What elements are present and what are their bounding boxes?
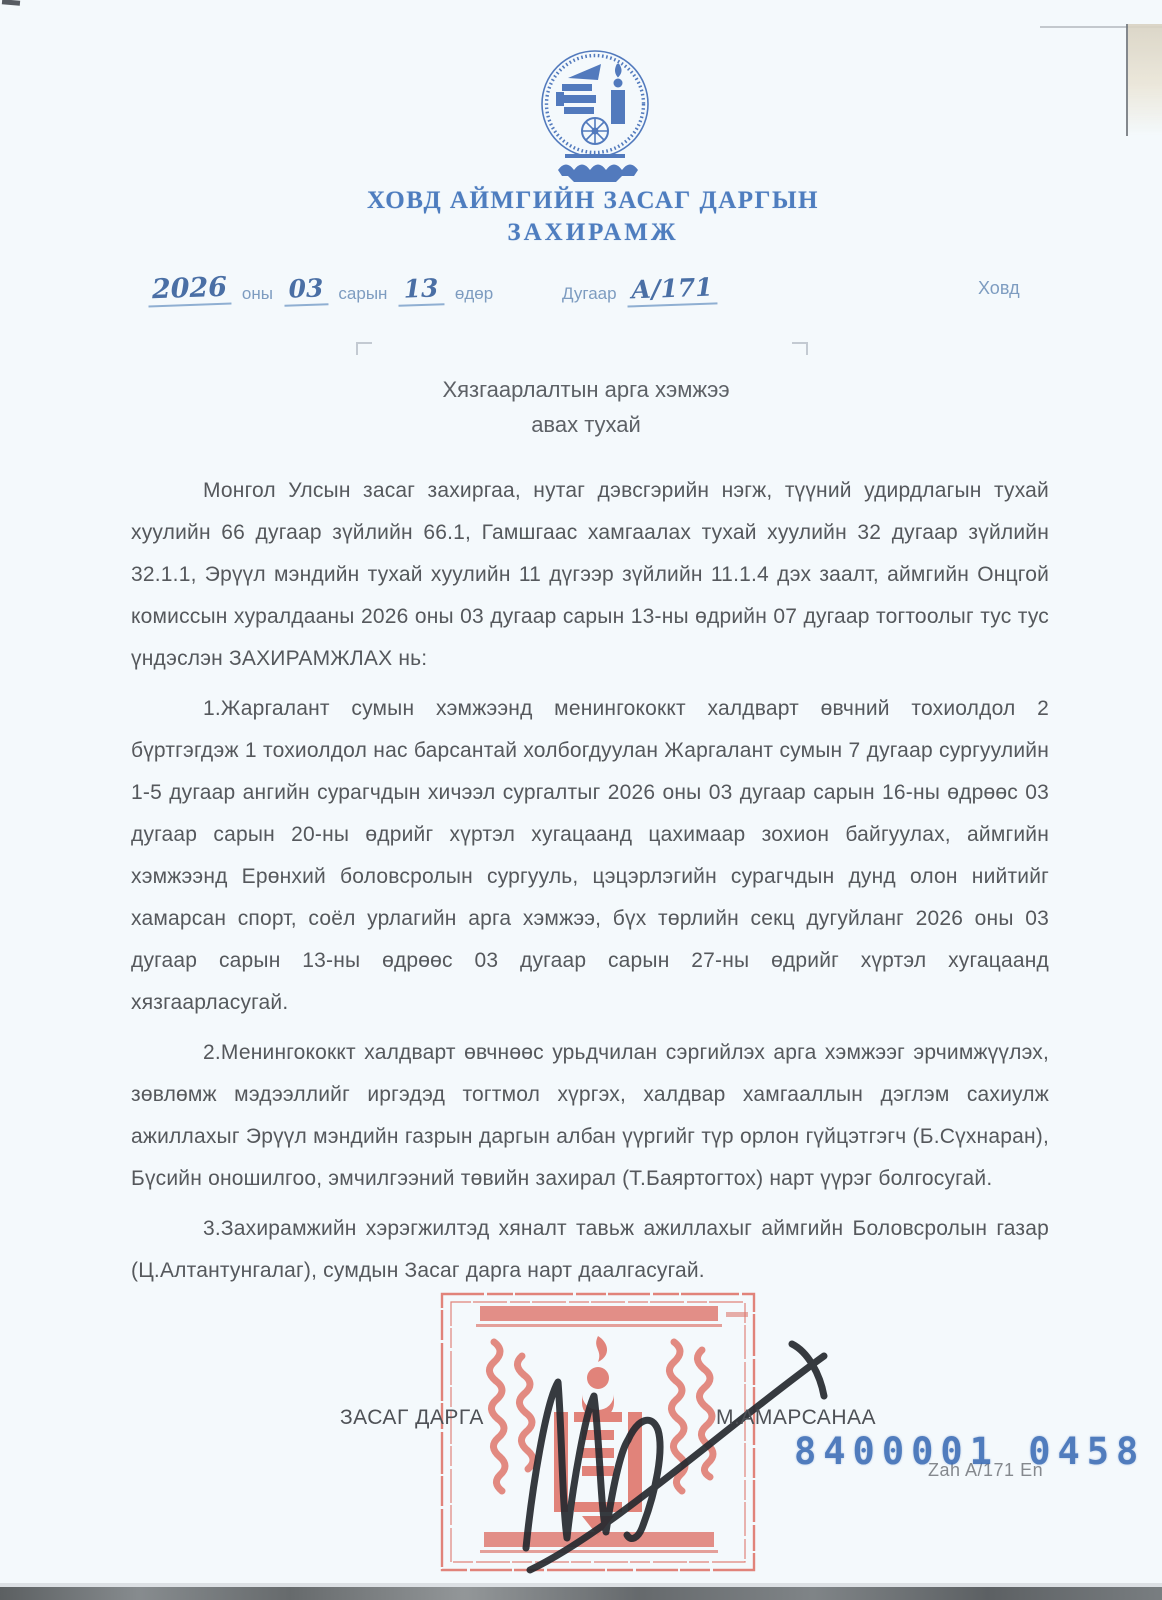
dateline-number: Дугаар А/171 [556, 276, 717, 306]
handwritten-month: 03 [283, 275, 328, 307]
handwritten-day: 13 [398, 275, 445, 307]
document-title: Хязгаарлалтын арга хэмжээ авах тухай [0, 372, 1162, 442]
number-label: Дугаар [556, 282, 623, 306]
decree-item-3: 3.Захирамжийн хэрэгжилтэд хяналт тавьж а… [131, 1208, 1049, 1292]
document-page: { "header": { "org_line1": "ХОВД АЙМГИЙН… [0, 0, 1162, 1600]
scan-artifact-bottom-band [0, 1587, 1162, 1600]
org-name-line1: ХОВД АЙМГИЙН ЗАСАГ ДАРГЫН [24, 186, 1162, 216]
crop-mark-right [792, 342, 808, 355]
place-label: Ховд [978, 278, 1020, 299]
document-body: Монгол Улсын засаг захиргаа, нутаг дэвсг… [131, 470, 1049, 1292]
handwritten-number: А/171 [627, 274, 718, 307]
crop-mark-left [356, 342, 372, 355]
scan-artifact-top-right [1126, 24, 1162, 136]
dateline-date: 2026 оны 03 сарын 13 өдөр [148, 276, 499, 306]
month-label: сарын [332, 282, 393, 306]
org-header: ХОВД АЙМГИЙН ЗАСАГ ДАРГЫН ЗАХИРАМЖ [0, 186, 1162, 250]
handwritten-year: 2026 [148, 275, 232, 308]
year-label: оны [236, 282, 279, 306]
day-label: өдөр [449, 282, 499, 306]
signer-name: М.АМАРСАНАА [716, 1406, 876, 1430]
signer-position-label: ЗАСАГ ДАРГА [340, 1406, 484, 1430]
decree-item-2: 2.Менингококкт халдварт өвчнөөс урьдчила… [131, 1032, 1049, 1200]
org-name-line2: ЗАХИРАМЖ [24, 216, 1162, 250]
state-emblem-icon [528, 34, 662, 184]
document-title-line1: Хязгаарлалтын арга хэмжээ [10, 372, 1162, 407]
scan-artifact-top-left [2, 0, 20, 6]
registration-number-stamp: 8400001 0458 [794, 1430, 1145, 1473]
preamble-paragraph: Монгол Улсын засаг захиргаа, нутаг дэвсг… [131, 470, 1049, 680]
dateline: 2026 оны 03 сарын 13 өдөр Дугаар А/171 Х… [0, 268, 1162, 316]
document-title-line2: авах тухай [10, 407, 1162, 442]
decree-item-1: 1.Жаргалант сумын хэмжээнд менингококкт … [131, 688, 1049, 1024]
